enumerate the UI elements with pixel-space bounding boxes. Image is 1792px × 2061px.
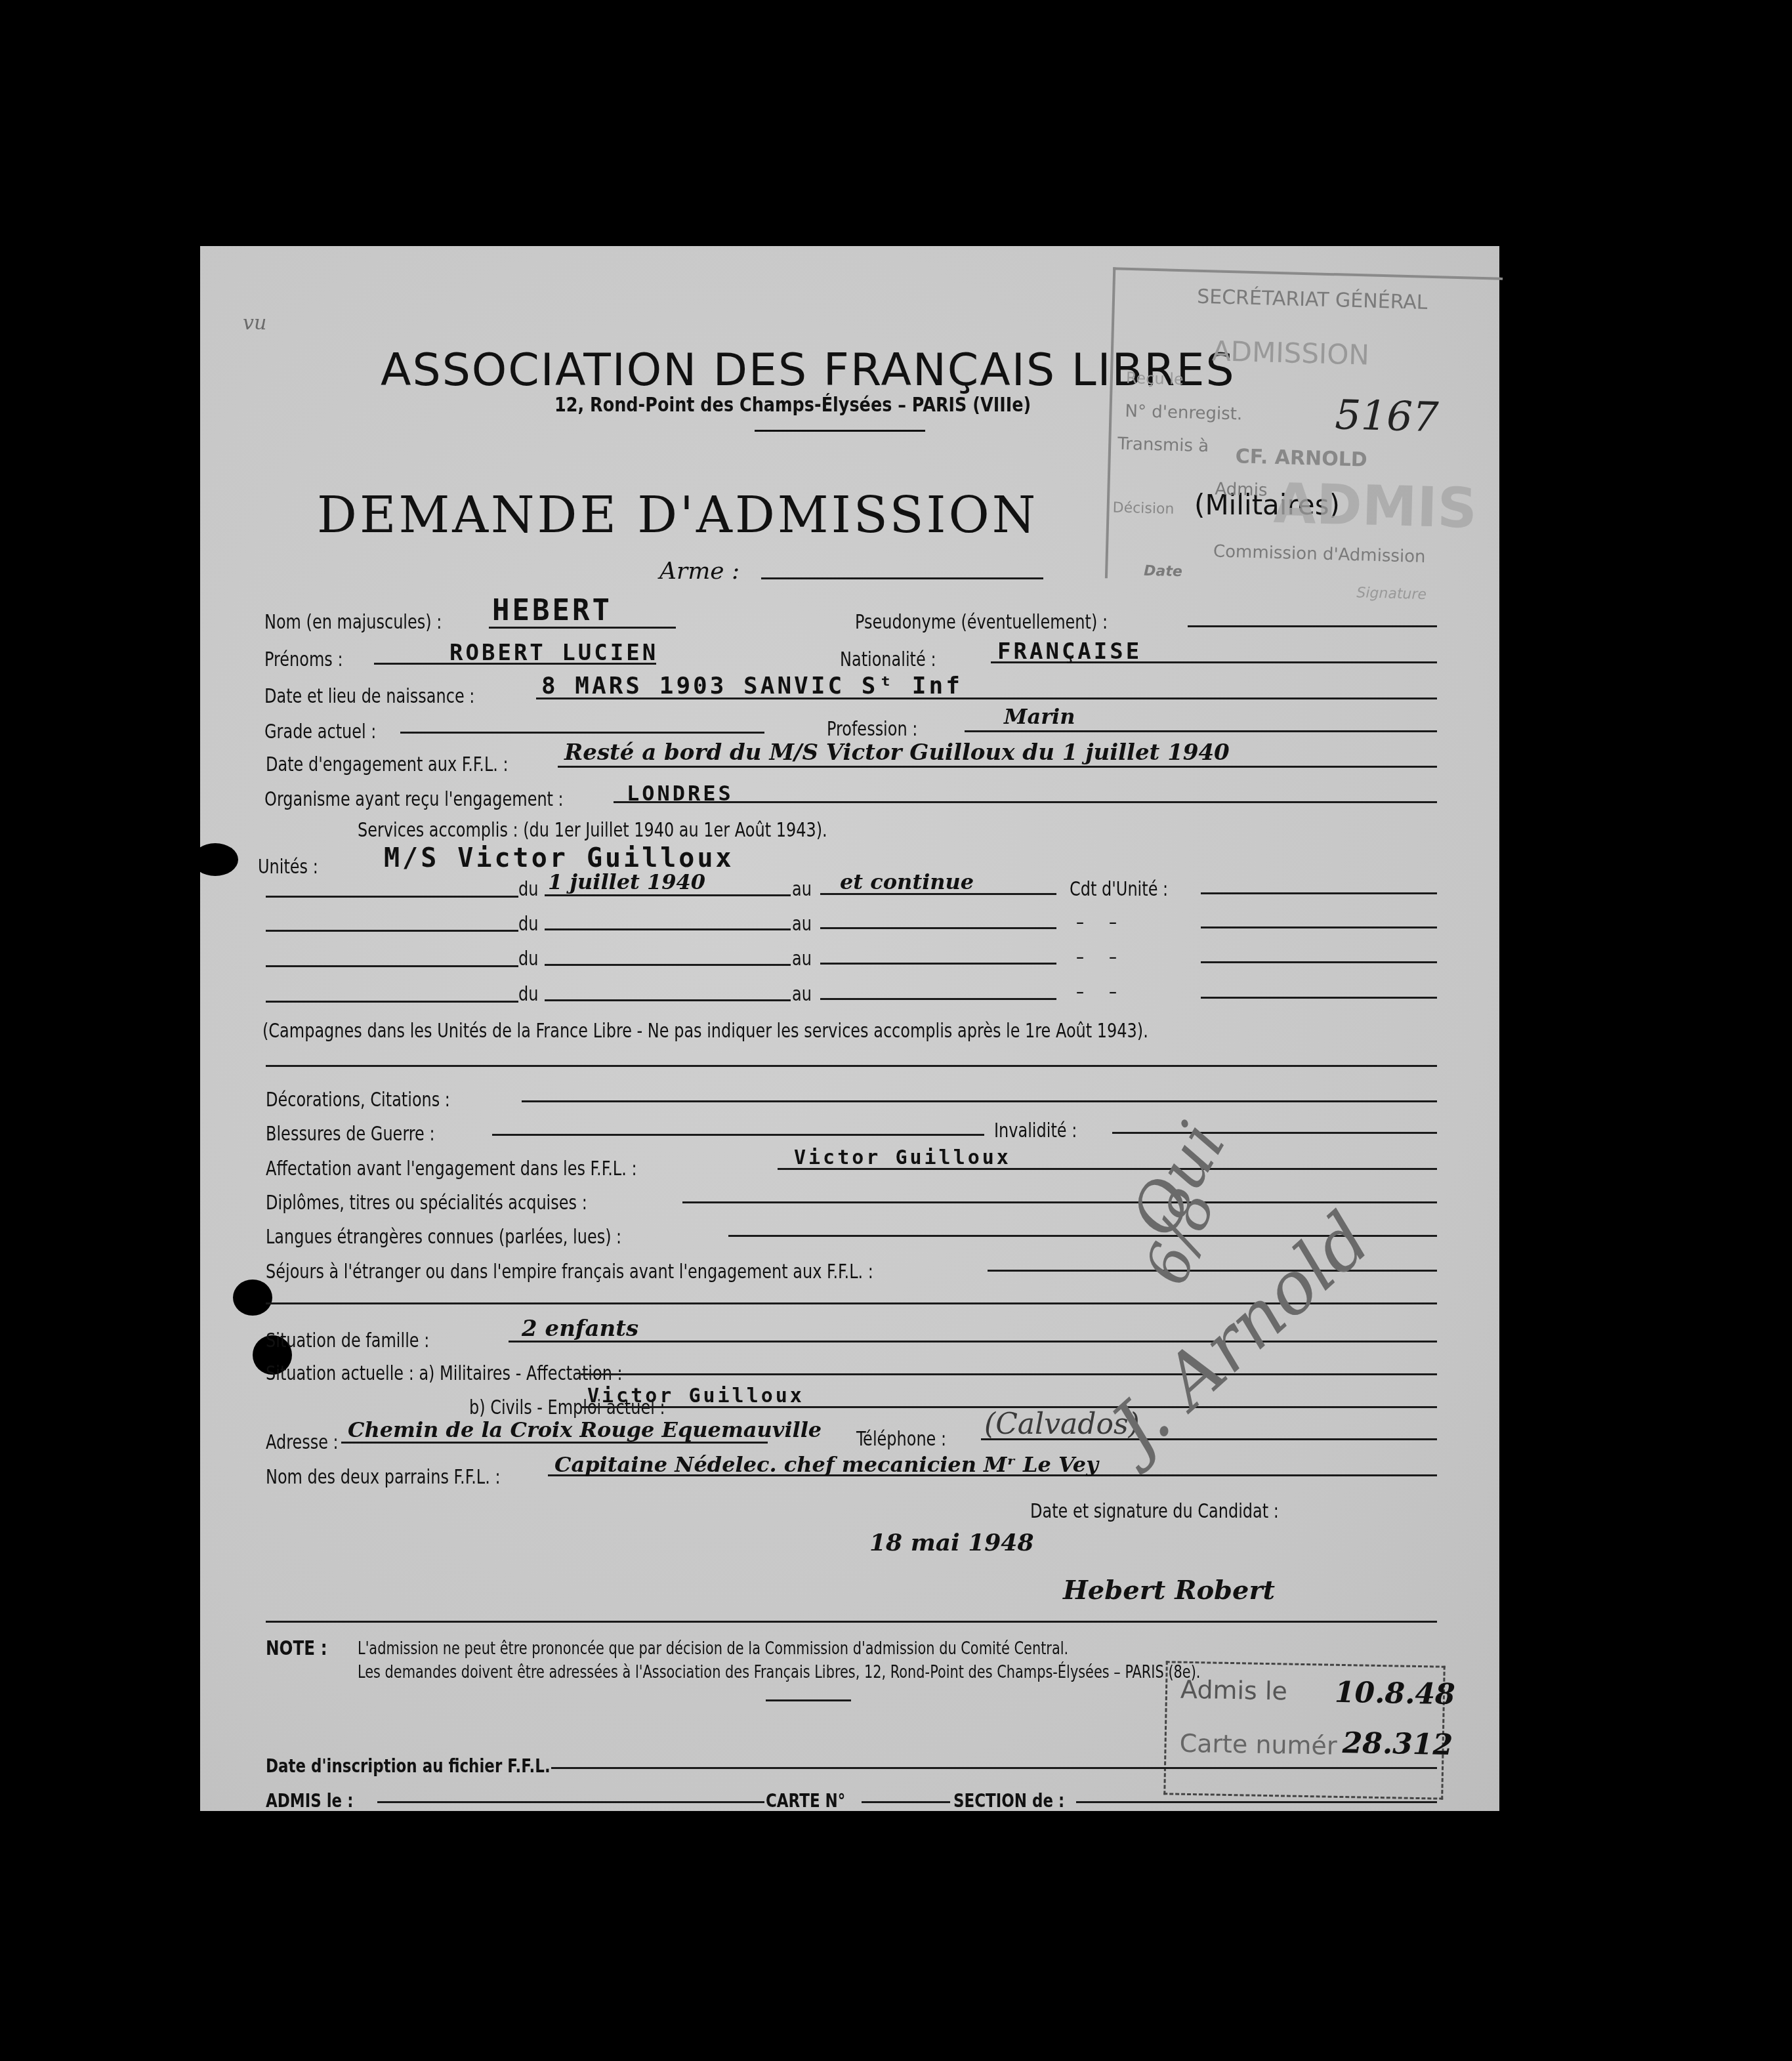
stamp-line2: ADMISSION [1211,335,1369,371]
cdt-field[interactable] [1201,926,1437,928]
cdt-dash: – [1076,910,1084,934]
au-label: au [792,982,812,1006]
au-field[interactable] [820,963,1056,965]
unit-name-field[interactable] [266,965,518,967]
affectation-avant-label: Affectation avant l'engagement dans les … [266,1157,637,1180]
diplomes-label: Diplômes, titres ou spécialités acquises… [266,1191,587,1215]
parrains-value: Capitaine Nédelec. chef mecanicien Mʳ Le… [554,1452,1098,1477]
admis-le-field[interactable] [377,1801,764,1803]
adresse-value: Chemin de la Croix Rouge Equemauville [348,1417,822,1442]
note-label: NOTE : [266,1637,327,1660]
cdt-field[interactable] [1201,892,1437,894]
admis-stamp-value: 10.8.48 [1335,1676,1456,1711]
carte-field[interactable] [862,1801,950,1803]
du-field[interactable] [545,999,791,1001]
stamp-signature-label: Signature [1356,585,1427,603]
candidate-signature: Hebert Robert [1063,1575,1275,1606]
du-value: 1 juillet 1940 [548,869,705,894]
organisme-field[interactable] [614,801,1437,803]
admission-form-page: vu ASSOCIATION DES FRANÇAIS LIBRES 12, R… [200,246,1499,1811]
prenoms-label: Prénoms : [264,648,343,671]
decorations-field[interactable] [522,1100,1437,1102]
date-signature-value: 18 mai 1948 [869,1529,1033,1556]
campagnes-note: (Campagnes dans les Unités de la France … [262,1019,1148,1043]
blessures-field[interactable] [492,1134,984,1136]
campagnes-field[interactable] [266,1065,1437,1067]
unit-name-field[interactable] [266,1001,518,1003]
nom-value: HEBERT [492,594,612,627]
date-signature-label: Date et signature du Candidat : [1030,1499,1279,1523]
services-note: Services accomplis : (du 1er Juillet 194… [358,818,827,842]
cdt-dash: – [1109,910,1117,934]
header-ornament [755,430,925,432]
unit-name-field[interactable] [266,930,518,932]
famille-value: 2 enfants [522,1316,638,1342]
au-label: au [792,877,812,901]
section-divider [266,1621,1437,1623]
inscription-field[interactable] [551,1767,1437,1769]
au-label: au [792,912,812,936]
note-line2: Les demandes doivent être adressées à l'… [358,1662,1200,1682]
sejours-label: Séjours à l'étranger ou dans l'empire fr… [266,1260,873,1283]
telephone-label: Téléphone : [856,1427,946,1451]
du-field[interactable] [545,894,791,896]
cdt-field[interactable] [1201,997,1437,999]
carte-stamp-value: 28.312 [1342,1726,1453,1762]
pencil-signature: J. Arnold [1096,1197,1386,1470]
margin-mark: vu [243,312,266,335]
langues-label: Langues étrangères connues (parlées, lue… [266,1225,621,1249]
pseudonyme-field[interactable] [1188,625,1437,627]
du-label: du [518,947,538,970]
invalidite-label: Invalidité : [994,1119,1077,1142]
admis-stamp-label: Admis le [1180,1675,1288,1706]
stamp-recu-label: Reçu le [1126,369,1184,388]
section-label: SECTION de : [953,1790,1064,1812]
famille-label: Situation de famille : [266,1329,429,1352]
du-field[interactable] [545,928,791,930]
arme-label: Arme : [659,558,740,585]
naissance-value: 8 MARS 1903 SANVIC Sᵗ Inf [541,673,963,699]
au-label: au [792,947,812,970]
cdt-dash: – [1076,945,1084,968]
du-label: du [518,982,538,1006]
grade-label: Grade actuel : [264,720,376,743]
arme-field[interactable] [761,577,1043,579]
situation-civ-value: Victor Guilloux [587,1384,804,1407]
au-value: et continue [840,869,974,894]
affectation-avant-value: Victor Guilloux [794,1146,1011,1169]
famille-field[interactable] [509,1341,1437,1343]
admis-stamp: Admis le 10.8.48 Carte numér 28.312 [1163,1661,1445,1799]
situation-mil-label: Situation actuelle : a) Militaires - Aff… [266,1362,623,1385]
punch-hole-top [192,843,238,876]
organisme-label: Organisme ayant reçu l'engagement : [264,787,564,811]
stamp-admis-overprint: ADMIS [1273,471,1478,541]
stamp-enreg-value: 5167 [1335,390,1440,441]
profession-value: Marin [1004,704,1075,729]
admis-le-label: ADMIS le : [266,1790,353,1812]
stamp-admis-label: Admis [1215,479,1268,500]
stamp-line1: SECRÉTARIAT GÉNÉRAL [1197,285,1428,314]
note-line1: L'admission ne peut être prononcée que p… [358,1638,1068,1659]
engagement-label: Date d'engagement aux F.F.L. : [266,753,509,776]
cdt-label: Cdt d'Unité : [1070,877,1168,901]
situation-mil-field[interactable] [581,1373,1437,1375]
organisme-value: LONDRES [627,781,734,806]
blessures-label: Blessures de Guerre : [266,1122,435,1146]
nom-label: Nom (en majuscules) : [264,610,442,634]
cdt-dash: – [1109,945,1117,968]
stamp-enreg-label: N° d'enregist. [1125,402,1242,425]
unit-name-field[interactable] [266,896,518,898]
note-divider [766,1699,851,1701]
inscription-label: Date d'inscription au fichier F.F.L. [266,1755,551,1777]
engagement-value: Resté a bord du M/S Victor Guilloux du 1… [564,739,1230,766]
au-field[interactable] [820,927,1056,929]
org-address: 12, Rond-Point des Champs-Élysées – PARI… [554,394,1031,417]
profession-label: Profession : [827,717,917,741]
stamp-decision-label: Décision [1112,499,1174,517]
unites-label: Unités : [258,855,318,879]
cdt-dash: – [1076,980,1084,1003]
pseudonyme-label: Pseudonyme (éventuellement) : [855,610,1108,634]
prenoms-value: ROBERT LUCIEN [449,640,658,666]
decorations-label: Décorations, Citations : [266,1088,450,1112]
au-field[interactable] [820,998,1056,1000]
profession-field[interactable] [965,730,1437,732]
secretariat-stamp: SECRÉTARIAT GÉNÉRAL ADMISSION Reçu le N°… [1105,267,1503,588]
engagement-field[interactable] [558,766,1437,768]
nationalite-value: FRANÇAISE [997,638,1142,665]
nationalite-label: Nationalité : [840,648,936,671]
du-label: du [518,912,538,936]
section-field[interactable] [1076,1801,1437,1803]
carte-stamp-label: Carte numér [1179,1729,1337,1760]
adresse-label: Adresse : [266,1430,339,1454]
stamp-date-label: Date [1144,563,1182,581]
du-label: du [518,877,538,901]
org-name: ASSOCIATION DES FRANÇAIS LIBRES [381,344,1236,396]
punch-hole-middle [233,1280,272,1316]
cdt-field[interactable] [1201,961,1437,963]
form-title: DEMANDE D'ADMISSION [317,486,1038,544]
du-field[interactable] [545,964,791,966]
naissance-label: Date et lieu de naissance : [264,684,474,708]
grade-field[interactable] [400,732,764,734]
stamp-commission-label: Commission d'Admission [1213,541,1426,566]
parrains-label: Nom des deux parrains F.F.L. : [266,1465,500,1489]
stamp-transmis-value: CF. ARNOLD [1235,445,1367,471]
stamp-transmis-label: Transmis à [1117,434,1209,457]
carte-label: CARTE N° [766,1790,845,1812]
cdt-dash: – [1109,980,1117,1003]
